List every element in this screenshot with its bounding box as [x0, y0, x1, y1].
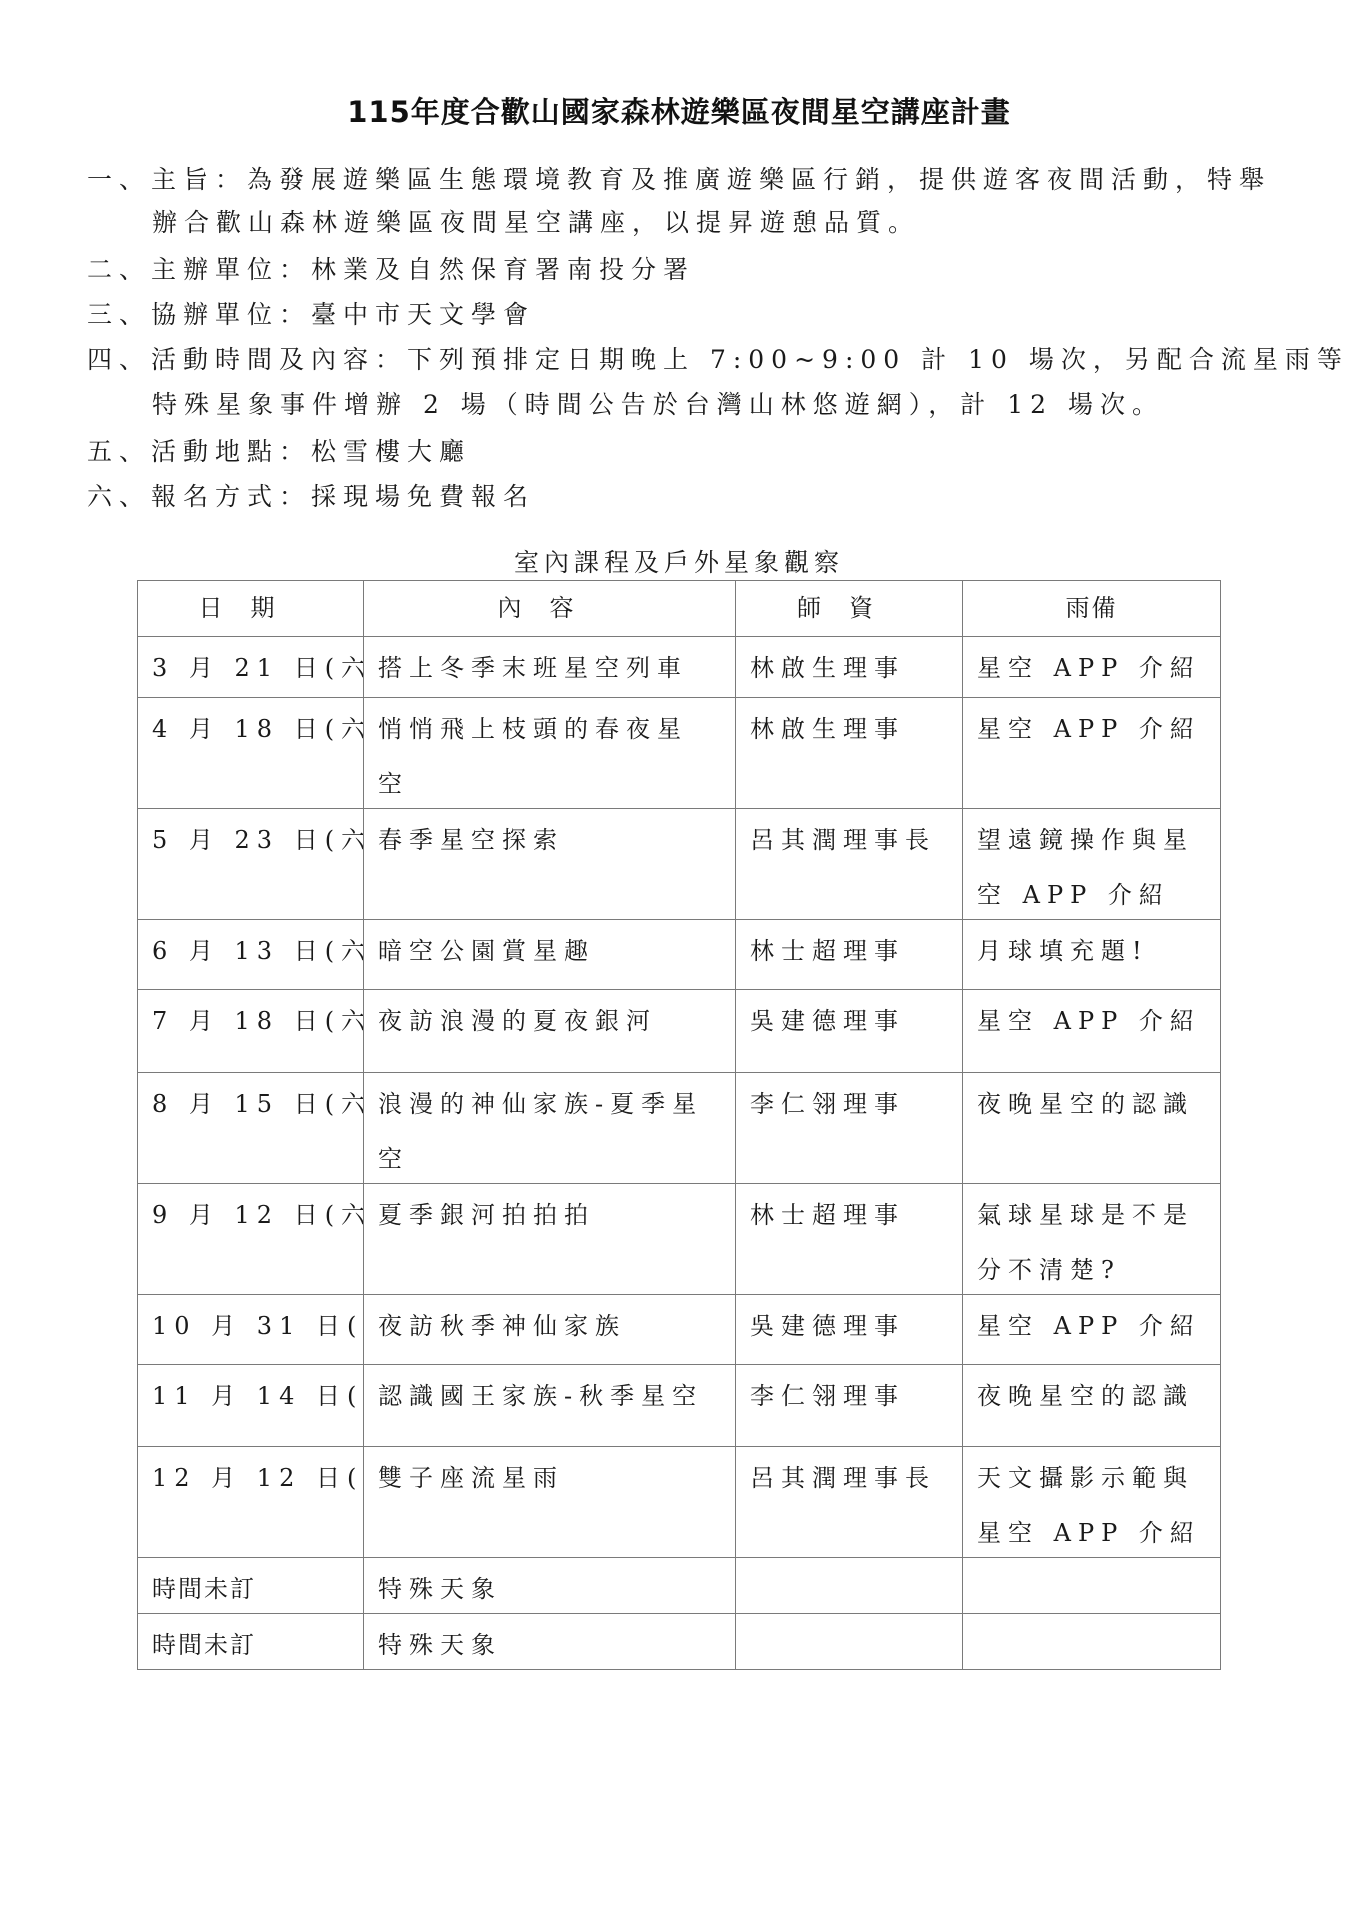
- cell-text-line: 特殊天象: [378, 1614, 735, 1669]
- table-row: 9 月 12 日(六)夏季銀河拍拍拍林士超理事氣球星球是不是分不清楚?: [138, 1184, 1221, 1295]
- cell-text-line: 夜訪秋季神仙家族: [378, 1295, 735, 1350]
- cell-teacher: 吳建德理事: [736, 1295, 963, 1365]
- column-header-backup: 雨備: [963, 581, 1221, 637]
- document-title: 115年度合歡山國家森林遊樂區夜間星空講座計畫: [0, 92, 1358, 132]
- cell-backup: [963, 1558, 1221, 1614]
- cell-date: 6 月 13 日(六): [138, 920, 364, 990]
- cell-backup: 星空 APP 介紹: [963, 1295, 1221, 1365]
- table-row: 4 月 18 日(六)悄悄飛上枝頭的春夜星空林啟生理事星空 APP 介紹: [138, 698, 1221, 809]
- cell-backup: 月球填充題!: [963, 920, 1221, 990]
- cell-date: 3 月 21 日(六): [138, 637, 364, 698]
- table-row: 時間未訂特殊天象: [138, 1558, 1221, 1614]
- cell-content: 認識國王家族-秋季星空: [364, 1365, 736, 1447]
- cell-text-line: 望遠鏡操作與星: [977, 809, 1220, 864]
- table-header-row: 日期 內容 師資 雨備: [138, 581, 1221, 637]
- cell-backup: 夜晚星空的認識: [963, 1073, 1221, 1184]
- intro-item-organizer: 二、主辦單位：林業及自然保育署南投分署: [87, 253, 695, 287]
- cell-backup: 星空 APP 介紹: [963, 698, 1221, 809]
- table-row: 8 月 15 日(六)浪漫的神仙家族-夏季星空李仁翎理事夜晚星空的認識: [138, 1073, 1221, 1184]
- cell-teacher: 林士超理事: [736, 920, 963, 990]
- schedule-table: 日期 內容 師資 雨備 3 月 21 日(六)搭上冬季末班星空列車林啟生理事星空…: [137, 580, 1221, 1670]
- table-caption: 室內課程及戶外星象觀察: [0, 546, 1358, 580]
- cell-text-line: 春季星空探索: [378, 809, 735, 864]
- cell-text-line: 星空 APP 介紹: [977, 637, 1220, 692]
- cell-text-line: 7 月 18 日(六): [152, 990, 363, 1045]
- column-header-teacher: 師資: [736, 581, 963, 637]
- cell-text-line: 吳建德理事: [750, 990, 962, 1045]
- cell-content: 搭上冬季末班星空列車: [364, 637, 736, 698]
- cell-content: 春季星空探索: [364, 809, 736, 920]
- cell-text-line: 星空 APP 介紹: [977, 990, 1220, 1045]
- cell-teacher: 林啟生理事: [736, 637, 963, 698]
- cell-date: 12 月 12 日(六): [138, 1447, 364, 1558]
- column-header-content: 內容: [364, 581, 736, 637]
- cell-text-line: 6 月 13 日(六): [152, 920, 363, 975]
- cell-teacher: 李仁翎理事: [736, 1073, 963, 1184]
- cell-date: 9 月 12 日(六): [138, 1184, 364, 1295]
- table-row: 5 月 23 日(六)春季星空探索呂其潤理事長望遠鏡操作與星空 APP 介紹: [138, 809, 1221, 920]
- cell-text-line: 李仁翎理事: [750, 1073, 962, 1128]
- intro-item-purpose-line2: 辦合歡山森林遊樂區夜間星空講座，以提昇遊憩品質。: [152, 206, 920, 240]
- cell-date: 7 月 18 日(六): [138, 990, 364, 1073]
- table-row: 12 月 12 日(六)雙子座流星雨呂其潤理事長天文攝影示範與星空 APP 介紹: [138, 1447, 1221, 1558]
- table-row: 時間未訂特殊天象: [138, 1614, 1221, 1670]
- cell-content: 雙子座流星雨: [364, 1447, 736, 1558]
- cell-content: 夏季銀河拍拍拍: [364, 1184, 736, 1295]
- cell-date: 時間未訂: [138, 1614, 364, 1670]
- cell-text-line: 夜晚星空的認識: [977, 1073, 1220, 1128]
- cell-text-line: 氣球星球是不是: [977, 1184, 1220, 1239]
- cell-text-line: 9 月 12 日(六): [152, 1184, 363, 1239]
- cell-teacher: [736, 1614, 963, 1670]
- cell-text-line: 12 月 12 日(六): [152, 1447, 363, 1502]
- intro-item-registration: 六、報名方式：採現場免費報名: [87, 480, 535, 514]
- cell-text-line: 林士超理事: [750, 920, 962, 975]
- intro-item-schedule-line2: 特殊星象事件增辦 2 場（時間公告於台灣山林悠遊網），計 12 場次。: [152, 388, 1164, 422]
- cell-date: 8 月 15 日(六): [138, 1073, 364, 1184]
- cell-teacher: 李仁翎理事: [736, 1365, 963, 1447]
- cell-text-line: 星空 APP 介紹: [977, 698, 1220, 753]
- cell-teacher: 呂其潤理事長: [736, 809, 963, 920]
- cell-content: 暗空公園賞星趣: [364, 920, 736, 990]
- intro-item-co-organizer: 三、協辦單位：臺中市天文學會: [87, 298, 535, 332]
- intro-item-schedule-line1: 四、活動時間及內容：下列預排定日期晚上 7:00~9:00 計 10 場次，另配…: [87, 343, 1349, 377]
- table-row: 6 月 13 日(六)暗空公園賞星趣林士超理事月球填充題!: [138, 920, 1221, 990]
- cell-date: 11 月 14 日(六): [138, 1365, 364, 1447]
- cell-backup: 望遠鏡操作與星空 APP 介紹: [963, 809, 1221, 920]
- cell-text-line: 5 月 23 日(六): [152, 809, 363, 864]
- table-row: 11 月 14 日(六)認識國王家族-秋季星空李仁翎理事夜晚星空的認識: [138, 1365, 1221, 1447]
- cell-content: 浪漫的神仙家族-夏季星空: [364, 1073, 736, 1184]
- cell-text-line: 分不清楚?: [977, 1239, 1220, 1294]
- cell-teacher: 林士超理事: [736, 1184, 963, 1295]
- cell-text-line: 呂其潤理事長: [750, 1447, 962, 1502]
- cell-text-line: 呂其潤理事長: [750, 809, 962, 864]
- cell-date: 10 月 31 日(六): [138, 1295, 364, 1365]
- cell-content: 特殊天象: [364, 1614, 736, 1670]
- cell-text-line: 星空 APP 介紹: [977, 1502, 1220, 1557]
- cell-text-line: [977, 1558, 1220, 1613]
- cell-backup: 夜晚星空的認識: [963, 1365, 1221, 1447]
- cell-backup: 氣球星球是不是分不清楚?: [963, 1184, 1221, 1295]
- table-row: 7 月 18 日(六)夜訪浪漫的夏夜銀河吳建德理事星空 APP 介紹: [138, 990, 1221, 1073]
- cell-text-line: 空: [378, 753, 735, 808]
- cell-backup: [963, 1614, 1221, 1670]
- cell-date: 5 月 23 日(六): [138, 809, 364, 920]
- cell-text-line: 星空 APP 介紹: [977, 1295, 1220, 1350]
- cell-text-line: 時間未訂: [152, 1558, 363, 1613]
- intro-item-location: 五、活動地點：松雪樓大廳: [87, 435, 471, 469]
- cell-text-line: 吳建德理事: [750, 1295, 962, 1350]
- cell-text-line: 特殊天象: [378, 1558, 735, 1613]
- cell-teacher: 吳建德理事: [736, 990, 963, 1073]
- cell-date: 4 月 18 日(六): [138, 698, 364, 809]
- intro-item-purpose-line1: 一、主旨：為發展遊樂區生態環境教育及推廣遊樂區行銷，提供遊客夜間活動，特舉: [87, 163, 1271, 197]
- cell-teacher: 呂其潤理事長: [736, 1447, 963, 1558]
- cell-text-line: 林啟生理事: [750, 637, 962, 692]
- cell-text-line: 悄悄飛上枝頭的春夜星: [378, 698, 735, 753]
- cell-text-line: 3 月 21 日(六): [152, 637, 363, 692]
- cell-text-line: 夜晚星空的認識: [977, 1365, 1220, 1420]
- cell-content: 夜訪秋季神仙家族: [364, 1295, 736, 1365]
- cell-text-line: 10 月 31 日(六): [152, 1295, 363, 1350]
- cell-text-line: 11 月 14 日(六): [152, 1365, 363, 1420]
- cell-backup: 星空 APP 介紹: [963, 990, 1221, 1073]
- cell-text-line: 雙子座流星雨: [378, 1447, 735, 1502]
- cell-text-line: 浪漫的神仙家族-夏季星: [378, 1073, 735, 1128]
- cell-text-line: [750, 1558, 962, 1613]
- cell-date: 時間未訂: [138, 1558, 364, 1614]
- column-header-date: 日期: [138, 581, 364, 637]
- cell-content: 悄悄飛上枝頭的春夜星空: [364, 698, 736, 809]
- cell-text-line: 認識國王家族-秋季星空: [378, 1365, 735, 1420]
- cell-text-line: 夜訪浪漫的夏夜銀河: [378, 990, 735, 1045]
- cell-text-line: 時間未訂: [152, 1614, 363, 1669]
- cell-content: 夜訪浪漫的夏夜銀河: [364, 990, 736, 1073]
- cell-text-line: 林啟生理事: [750, 698, 962, 753]
- cell-text-line: 李仁翎理事: [750, 1365, 962, 1420]
- cell-teacher: [736, 1558, 963, 1614]
- table-row: 10 月 31 日(六)夜訪秋季神仙家族吳建德理事星空 APP 介紹: [138, 1295, 1221, 1365]
- cell-teacher: 林啟生理事: [736, 698, 963, 809]
- cell-text-line: 夏季銀河拍拍拍: [378, 1184, 735, 1239]
- cell-text-line: 4 月 18 日(六): [152, 698, 363, 753]
- cell-text-line: 天文攝影示範與: [977, 1447, 1220, 1502]
- cell-backup: 天文攝影示範與星空 APP 介紹: [963, 1447, 1221, 1558]
- cell-text-line: 8 月 15 日(六): [152, 1073, 363, 1128]
- cell-backup: 星空 APP 介紹: [963, 637, 1221, 698]
- table-row: 3 月 21 日(六)搭上冬季末班星空列車林啟生理事星空 APP 介紹: [138, 637, 1221, 698]
- cell-text-line: 暗空公園賞星趣: [378, 920, 735, 975]
- cell-content: 特殊天象: [364, 1558, 736, 1614]
- cell-text-line: [977, 1614, 1220, 1669]
- cell-text-line: [750, 1614, 962, 1669]
- cell-text-line: 月球填充題!: [977, 920, 1220, 975]
- cell-text-line: 空 APP 介紹: [977, 864, 1220, 919]
- cell-text-line: 搭上冬季末班星空列車: [378, 637, 735, 692]
- cell-text-line: 空: [378, 1128, 735, 1183]
- cell-text-line: 林士超理事: [750, 1184, 962, 1239]
